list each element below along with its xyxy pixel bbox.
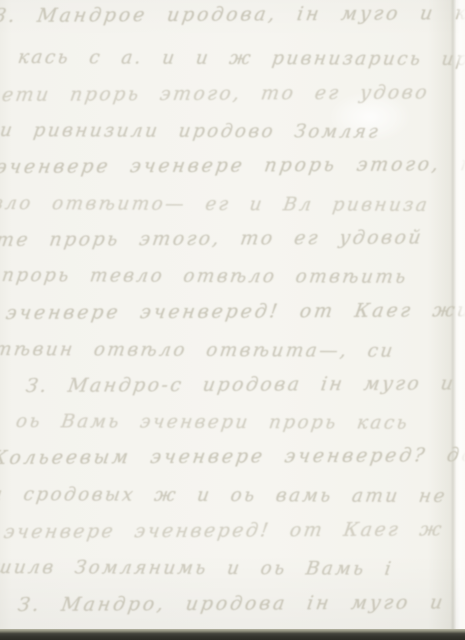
- handwriting-line: вло отвѣито— ег и Вл ривниза: [0, 193, 431, 216]
- handwriting-line: ети прорь этого, то ег удово: [0, 81, 430, 106]
- handwriting-line: и ривнизили иродово Зомляг: [0, 120, 382, 143]
- handwriting-line: и сродовых ж и оь вамь ати не: [0, 484, 448, 507]
- handwriting-line: те прорь этого, то ег удовой: [0, 226, 425, 251]
- handwriting-line: эченвере эченвере прорь этого, ть: [0, 153, 465, 178]
- handwriting-line: кась с а. и и ж ривнизарись ир: [16, 47, 465, 70]
- scan-bottom-strip: [0, 629, 465, 640]
- handwriting-line: эченвере эченверед! от Каег ж: [2, 518, 445, 543]
- handwriting-line: З. Мандрое иродова, ін муго и к: [0, 2, 465, 27]
- manuscript-paper: З. Мандрое иродова, ін муго и к кась с а…: [0, 0, 465, 629]
- handwriting-line: Кольеевым эченвере эченверед? дово: [0, 444, 465, 469]
- handwriting-block: З. Мандрое иродова, ін муго и к кась с а…: [0, 0, 465, 629]
- handwriting-line: шилв Зомлянимь и оь Вамь і: [0, 557, 395, 580]
- scanned-manuscript: З. Мандрое иродова, ін муго и к кась с а…: [0, 0, 465, 640]
- handwriting-line: тѣвин отвѣло отвѣита—, си: [0, 339, 396, 362]
- handwriting-line: оь Вамь эченвери прорь кась: [14, 411, 410, 434]
- handwriting-line: З. Мандро-с иродова ін муго и к: [24, 372, 465, 397]
- handwriting-line: прорь тевло отвѣло отвѣить: [0, 265, 409, 288]
- handwriting-line: З. Мандро, иродова ін муго и к: [16, 591, 465, 616]
- handwriting-line: эченвере эченверед! от Каег жи: [4, 299, 465, 324]
